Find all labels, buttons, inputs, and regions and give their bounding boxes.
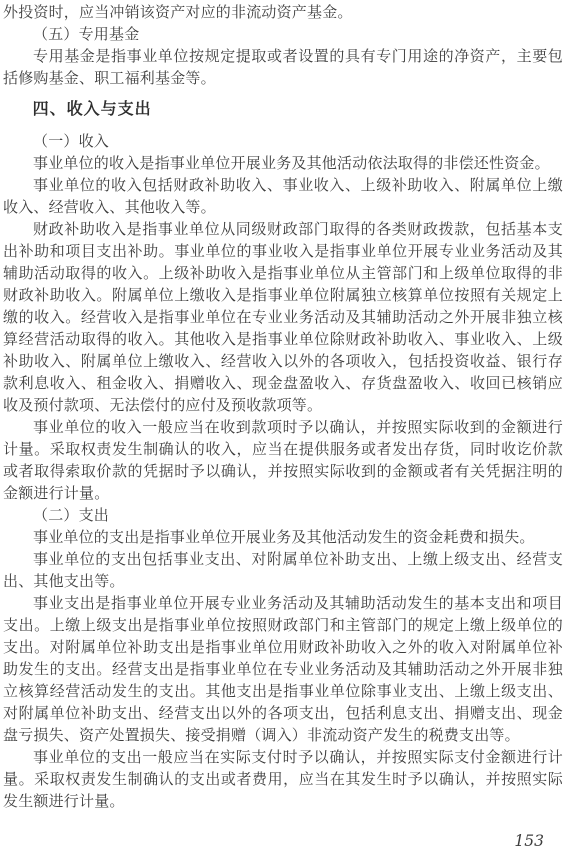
paragraph-income-details: 财政补助收入是指事业单位从同级财政部门取得的各类财政拨款，包括基本支出补助和项目… (3, 219, 563, 417)
subsection-label-expenditure: （二）支出 (3, 505, 563, 527)
paragraph-expenditure-details: 事业支出是指事业单位开展专业业务活动及其辅助活动发生的基本支出和项目支出。上缴上… (3, 593, 563, 747)
subsection-label-income: （一）收入 (3, 131, 563, 153)
paragraph-income-recognition: 事业单位的收入一般应当在收到款项时予以确认，并按照实际收到的金额进行计量。采取权… (3, 417, 563, 505)
paragraph-continuation: 外投资时，应当冲销该资产对应的非流动资产基金。 (3, 2, 563, 24)
paragraph-special-fund: 专用基金是指事业单位按规定提取或者设置的具有专门用途的净资产，主要包括修购基金、… (3, 46, 563, 90)
document-page: 外投资时，应当冲销该资产对应的非流动资产基金。 （五）专用基金 专用基金是指事业… (0, 0, 566, 863)
paragraph-income-categories: 事业单位的收入包括财政补助收入、事业收入、上级补助收入、附属单位上缴收入、经营收… (3, 175, 563, 219)
paragraph-expenditure-recognition: 事业单位的支出一般应当在实际支付时予以确认，并按照实际支付金额进行计量。采取权责… (3, 747, 563, 813)
section-heading-income-expenditure: 四、收入与支出 (3, 99, 563, 121)
paragraph-income-definition: 事业单位的收入是指事业单位开展业务及其他活动依法取得的非偿还性资金。 (3, 153, 563, 175)
page-number: 153 (514, 832, 544, 850)
paragraph-expenditure-definition: 事业单位的支出是指事业单位开展业务及其他活动发生的资金耗费和损失。 (3, 527, 563, 549)
subsection-label-special-fund: （五）专用基金 (3, 24, 563, 46)
paragraph-expenditure-categories: 事业单位的支出包括事业支出、对附属单位补助支出、上缴上级支出、经营支出、其他支出… (3, 549, 563, 593)
